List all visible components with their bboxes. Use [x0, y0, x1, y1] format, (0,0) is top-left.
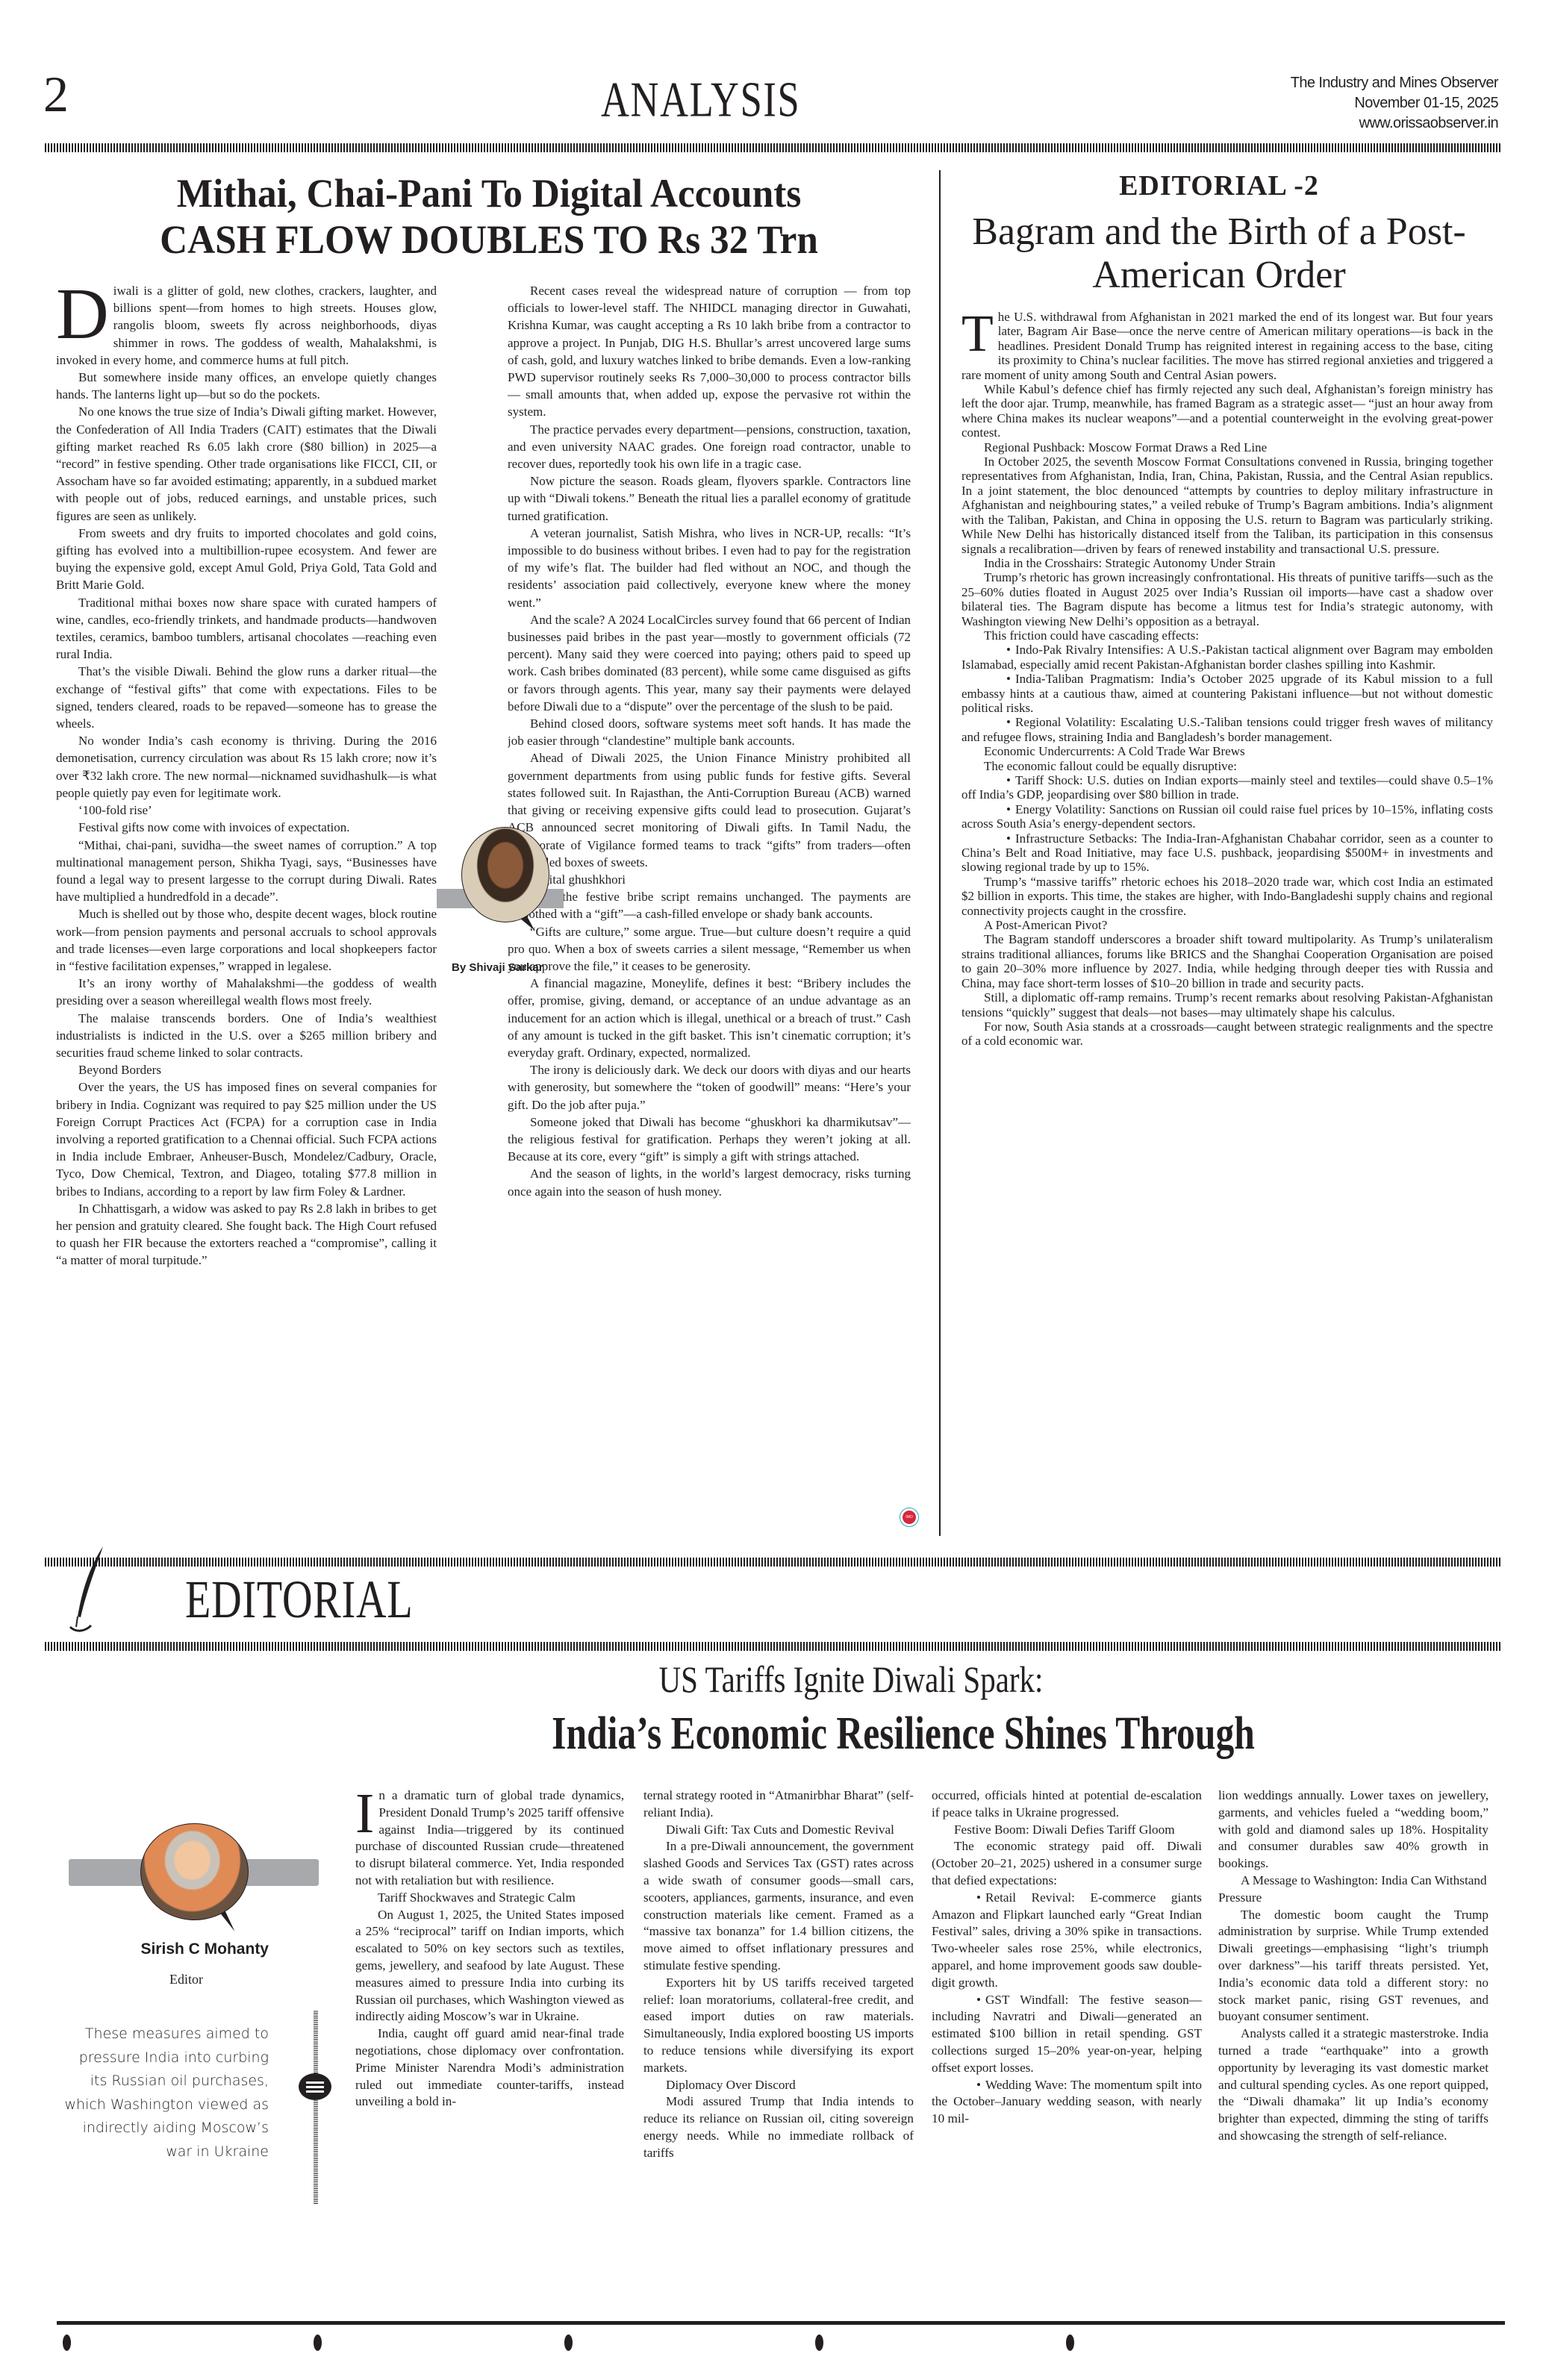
paragraph: iwali is a glitter of gold, new clothes,…: [56, 282, 437, 369]
editorial-column-1: I n a dramatic turn of global trade dyna…: [355, 1787, 624, 2265]
paragraph: No one knows the true size of India’s Di…: [56, 403, 437, 524]
paragraph: From sweets and dry fruits to imported c…: [56, 525, 437, 594]
bullet-item: •Retail Revival: E-commerce giants Amazo…: [932, 1890, 1202, 1992]
paragraph: A veteran journalist, Satish Mishra, who…: [508, 525, 911, 611]
dropcap: I: [355, 1790, 378, 1837]
editorial-headline: India’s Economic Resilience Shines Throu…: [426, 1711, 1381, 1757]
subheading: Regional Pushback: Moscow Format Draws a…: [961, 440, 1493, 455]
dropcap: D: [56, 285, 113, 343]
paragraph: For now, South Asia stands at a crossroa…: [961, 1019, 1493, 1049]
editorial-2-kicker: EDITORIAL -2: [939, 172, 1499, 200]
paragraph: India, caught off guard amid near-final …: [355, 2026, 624, 2111]
bullet-item: •Indo-Pak Rivalry Intensifies: A U.S.-Pa…: [961, 643, 1493, 672]
paragraph: The Bagram standoff underscores a broade…: [961, 932, 1493, 990]
issue-date: November 01-15, 2025: [1291, 93, 1498, 113]
editorial-subheadline: US Tariffs Ignite Diwali Spark:: [484, 1661, 1218, 1698]
paragraph: Modi assured Trump that India intends to…: [643, 2093, 914, 2161]
bullet-icon: •: [954, 2077, 985, 2094]
bullet-item: •India-Taliban Pragmatism: India’s Octob…: [961, 672, 1493, 715]
paragraph: The irony is deliciously dark. We deck o…: [508, 1061, 911, 1114]
bullet-item: •Infrastructure Setbacks: The India-Iran…: [961, 831, 1493, 875]
paragraph: Exporters hit by US tariffs received tar…: [643, 1975, 914, 2077]
bullet-icon: •: [984, 643, 1015, 657]
paragraph: Still, a diplomatic off-ramp remains. Tr…: [961, 990, 1493, 1019]
paragraph: No wonder India’s cash economy is thrivi…: [56, 732, 437, 802]
bullet-icon: •: [984, 773, 1015, 787]
bullet-item: •Wedding Wave: The momentum spilt into t…: [932, 2077, 1202, 2128]
paragraph: lion weddings annually. Lower taxes on j…: [1218, 1787, 1489, 1873]
editorial-2-body: T he U.S. withdrawal from Afghanistan in…: [961, 310, 1493, 1558]
lead-headline-line2: CASH FLOW DOUBLES TO Rs 32 Trn: [74, 216, 904, 263]
paragraph: On August 1, 2025, the United States imp…: [355, 1907, 624, 2026]
paragraph: The malaise transcends borders. One of I…: [56, 1010, 437, 1062]
bullet-icon: •: [984, 715, 1015, 729]
website-link[interactable]: www.orissaobserver.in: [1291, 113, 1498, 134]
editorial-column-3: occurred, officials hinted at potential …: [932, 1787, 1202, 2265]
scroll-track[interactable]: [314, 2010, 318, 2204]
paragraph: “Mithai, chai-pani, suvidha—the sweet na…: [56, 837, 437, 906]
paragraph: he U.S. withdrawal from Afghanistan in 2…: [961, 310, 1493, 382]
lead-headline-line1: Mithai, Chai-Pani To Digital Accounts: [74, 170, 904, 216]
paragraph: Now picture the season. Roads gleam, fly…: [508, 472, 911, 525]
bullet-icon: •: [984, 831, 1015, 846]
paragraph: Recent cases reveal the widespread natur…: [508, 282, 911, 421]
paragraph: Analysts called it a strategic masterstr…: [1218, 2026, 1489, 2145]
subheading: India in the Crosshairs: Strategic Auton…: [961, 556, 1493, 570]
paragraph: The practice pervades every department—p…: [508, 421, 911, 473]
editor-role: Editor: [45, 1972, 269, 1987]
editorial-rule-top: [45, 1558, 1500, 1567]
paragraph: The economic strategy paid off. Diwali (…: [932, 1838, 1202, 1889]
bullet-item: •Regional Volatility: Escalating U.S.-Ta…: [961, 715, 1493, 744]
editorial-column-4: lion weddings annually. Lower taxes on j…: [1218, 1787, 1489, 2265]
footer-rule: [57, 2321, 1505, 2325]
page-number: 2: [43, 69, 69, 119]
masthead-meta: The Industry and Mines Observer November…: [1291, 73, 1498, 134]
paragraph: In Chhattisgarh, a widow was asked to pa…: [56, 1200, 437, 1269]
pull-quote: These measures aimed to pressure India i…: [60, 2023, 269, 2164]
masthead-rule: [45, 143, 1500, 152]
bullet-item: •GST Windfall: The festive season—includ…: [932, 1992, 1202, 2077]
footer-dot-icon: [815, 2334, 823, 2351]
subheading: Diwali Gift: Tax Cuts and Domestic Reviv…: [643, 1822, 914, 1839]
subheading: Tariff Shockwaves and Strategic Calm: [355, 1890, 624, 1907]
lead-headline: Mithai, Chai-Pani To Digital Accounts CA…: [74, 170, 904, 263]
publication-name: The Industry and Mines Observer: [1291, 73, 1498, 93]
paragraph: Trump’s rhetoric has grown increasingly …: [961, 570, 1493, 628]
section-title: ANALYSIS: [601, 75, 800, 125]
paragraph: ternal strategy rooted in “Atmanirbhar B…: [643, 1787, 914, 1822]
paragraph: Trump’s “massive tariffs” rhetoric echoe…: [961, 875, 1493, 918]
bullet-icon: •: [984, 802, 1015, 816]
editor-card: Sirish C Mohanty Editor These measures a…: [45, 1776, 328, 2224]
footer-dot-icon: [564, 2334, 573, 2351]
bullet-item: •Energy Volatility: Sanctions on Russian…: [961, 802, 1493, 831]
paragraph: Festival gifts now come with invoices of…: [56, 819, 437, 836]
lead-article-column-1: D iwali is a glitter of gold, new clothe…: [56, 282, 437, 1558]
subheading: The economic fallout could be equally di…: [961, 759, 1493, 773]
subheading: Diplomacy Over Discord: [643, 2077, 914, 2094]
footer-dot-icon: [63, 2334, 71, 2351]
bullet-icon: •: [954, 1890, 985, 1907]
quill-pen-icon: [60, 1545, 112, 1634]
subheading: Economic Undercurrents: A Cold Trade War…: [961, 744, 1493, 758]
paragraph: Over the years, the US has imposed fines…: [56, 1078, 437, 1199]
end-mark-label: IMO: [903, 1511, 916, 1524]
paragraph: And the scale? A 2024 LocalCircles surve…: [508, 611, 911, 715]
paragraph: The domestic boom caught the Trump admin…: [1218, 1907, 1489, 2026]
end-of-article-icon: IMO: [900, 1508, 919, 1527]
dropcap: T: [961, 313, 998, 356]
bullet-icon: •: [984, 672, 1015, 686]
column-divider: [939, 170, 941, 1536]
bullet-icon: •: [954, 1992, 985, 2009]
paragraph: And the season of lights, in the world’s…: [508, 1165, 911, 1199]
paragraph: Behind closed doors, software systems me…: [508, 715, 911, 749]
paragraph: Beyond Borders: [56, 1061, 437, 1078]
paragraph: Much is shelled out by those who, despit…: [56, 905, 437, 975]
subheading: This friction could have cascading effec…: [961, 628, 1493, 643]
author-byline: By Shivaji Sarkar: [437, 961, 620, 974]
paragraph: But somewhere inside many offices, an en…: [56, 369, 437, 403]
editorial-column-2: ternal strategy rooted in “Atmanirbhar B…: [643, 1787, 914, 2265]
paragraph: Traditional mithai boxes now share space…: [56, 594, 437, 663]
author-photo: [461, 827, 549, 922]
paragraph: It’s an irony worthy of Mahalakshmi—the …: [56, 975, 437, 1009]
editor-name: Sirish C Mohanty: [45, 1940, 269, 1958]
paragraph: A financial magazine, Moneylife, defines…: [508, 975, 911, 1061]
footer-dot-icon: [314, 2334, 322, 2351]
paragraph: In a pre-Diwali announcement, the govern…: [643, 1838, 914, 1974]
bullet-item: •Tariff Shock: U.S. duties on Indian exp…: [961, 773, 1493, 802]
footer-dot-icon: [1066, 2334, 1074, 2351]
editorial-section-label: EDITORIAL: [185, 1572, 413, 1626]
editor-photo: [140, 1823, 249, 1920]
subheading: A Post-American Pivot?: [961, 918, 1493, 932]
subheading: Festive Boom: Diwali Defies Tariff Gloom: [932, 1822, 1202, 1839]
paragraph: In October 2025, the seventh Moscow Form…: [961, 455, 1493, 556]
paragraph: ‘100-fold rise’: [56, 802, 437, 819]
editorial-2-headline: Bagram and the Birth of a Post-American …: [939, 210, 1499, 297]
paragraph: While Kabul’s defence chief has firmly r…: [961, 382, 1493, 440]
paragraph: Someone joked that Diwali has become “gh…: [508, 1114, 911, 1166]
author-card: By Shivaji Sarkar: [437, 827, 620, 984]
subheading: A Message to Washington: India Can Withs…: [1218, 1873, 1489, 1907]
paragraph: occurred, officials hinted at potential …: [932, 1787, 1202, 1822]
editorial-rule-bottom: [45, 1642, 1500, 1651]
paragraph: n a dramatic turn of global trade dynami…: [355, 1787, 624, 1890]
paragraph: That’s the visible Diwali. Behind the gl…: [56, 663, 437, 732]
menu-handle-icon[interactable]: [299, 2073, 331, 2100]
